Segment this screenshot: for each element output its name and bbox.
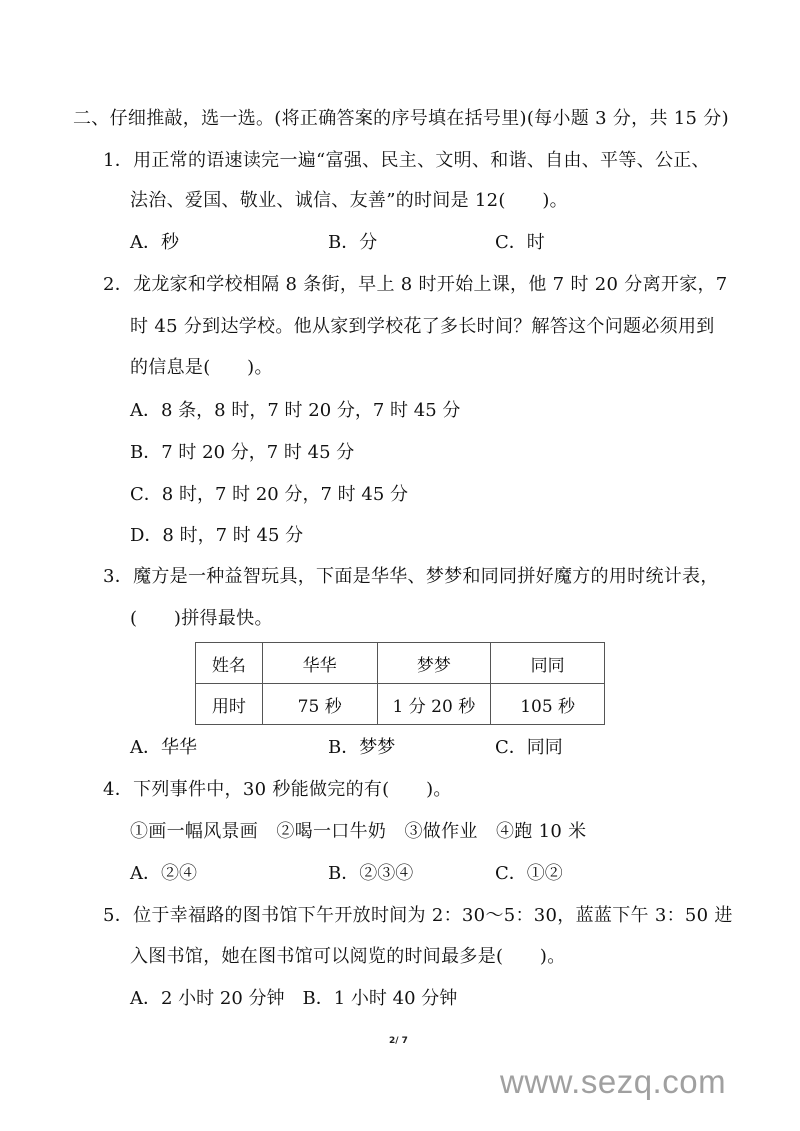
question-2: 2．龙龙家和学校相隔 8 条街，早上 8 时开始上课，他 7 时 20 分离开家… (103, 274, 728, 296)
question-number: 3． (103, 566, 133, 587)
question-3-option-b: B．梦梦 (328, 737, 395, 759)
question-4-option-b: B．②③④ (328, 863, 413, 885)
table-cell: 105 秒 (491, 684, 605, 725)
table-cell: 同同 (491, 643, 605, 684)
section-heading: 二、仔细推敲，选一选。(将正确答案的序号填在括号里)(每小题 3 分，共 15 … (73, 108, 729, 130)
table-cell: 用时 (196, 684, 263, 725)
question-4-option-c: C．①② (495, 863, 563, 885)
question-2-option-d: D．8 时，7 时 45 分 (130, 525, 303, 547)
watermark: www.sezq.com (500, 1063, 726, 1101)
question-2-option-a: A．8 条，8 时，7 时 20 分，7 时 45 分 (130, 400, 460, 422)
table-cell: 1 分 20 秒 (377, 684, 491, 725)
question-1-option-c: C．时 (495, 232, 545, 254)
question-text: 位于幸福路的图书馆下午开放时间为 2：30～5：30，蓝蓝下午 3：50 进 (133, 905, 733, 926)
question-3-option-c: C．同同 (495, 737, 563, 759)
table-row: 用时 75 秒 1 分 20 秒 105 秒 (196, 684, 605, 725)
question-4: 4．下列事件中，30 秒能做完的有( )。 (103, 779, 452, 801)
page-number: 2/ 7 (389, 1036, 408, 1046)
question-1-option-b: B．分 (328, 232, 377, 254)
table-cell: 梦梦 (377, 643, 491, 684)
question-text: 龙龙家和学校相隔 8 条街，早上 8 时开始上课，他 7 时 20 分离开家，7 (133, 274, 727, 295)
question-text: 用正常的语速读完一遍“富强、民主、文明、和谐、自由、平等、公正、 (133, 150, 710, 171)
question-2-option-c: C．8 时，7 时 20 分，7 时 45 分 (130, 484, 408, 506)
question-3-line-2: ( )拼得最快。 (130, 608, 273, 630)
question-1: 1．用正常的语速读完一遍“富强、民主、文明、和谐、自由、平等、公正、 (103, 150, 710, 172)
timing-table: 姓名 华华 梦梦 同同 用时 75 秒 1 分 20 秒 105 秒 (195, 642, 605, 725)
question-text: 下列事件中，30 秒能做完的有( )。 (133, 779, 452, 800)
question-4-option-a: A．②④ (130, 863, 197, 885)
question-4-events: ①画一幅风景画 ②喝一口牛奶 ③做作业 ④跑 10 米 (130, 821, 586, 843)
table-cell: 姓名 (196, 643, 263, 684)
question-5: 5．位于幸福路的图书馆下午开放时间为 2：30～5：30，蓝蓝下午 3：50 进 (103, 905, 733, 927)
question-2-line-2: 时 45 分到达学校。他从家到学校花了多长时间？解答这个问题必须用到 (130, 316, 715, 338)
question-5-line-2: 入图书馆，她在图书馆可以阅览的时间最多是( )。 (130, 946, 566, 968)
question-number: 2． (103, 274, 133, 295)
question-number: 1． (103, 150, 133, 171)
question-3-option-a: A．华华 (130, 737, 197, 759)
question-number: 4． (103, 779, 133, 800)
question-3: 3．魔方是一种益智玩具，下面是华华、梦梦和同同拼好魔方的用时统计表， (103, 566, 719, 588)
question-1-line-2: 法治、爱国、敬业、诚信、友善”的时间是 12( )。 (130, 190, 568, 212)
question-text: 魔方是一种益智玩具，下面是华华、梦梦和同同拼好魔方的用时统计表， (133, 566, 719, 587)
question-5-options: A．2 小时 20 分钟 B．1 小时 40 分钟 (130, 988, 457, 1010)
question-number: 5． (103, 905, 133, 926)
question-2-option-b: B．7 时 20 分，7 时 45 分 (130, 442, 354, 464)
table-cell: 75 秒 (262, 684, 377, 725)
table-row: 姓名 华华 梦梦 同同 (196, 643, 605, 684)
question-2-line-3: 的信息是( )。 (130, 357, 273, 379)
table-cell: 华华 (262, 643, 377, 684)
question-1-option-a: A．秒 (130, 232, 179, 254)
